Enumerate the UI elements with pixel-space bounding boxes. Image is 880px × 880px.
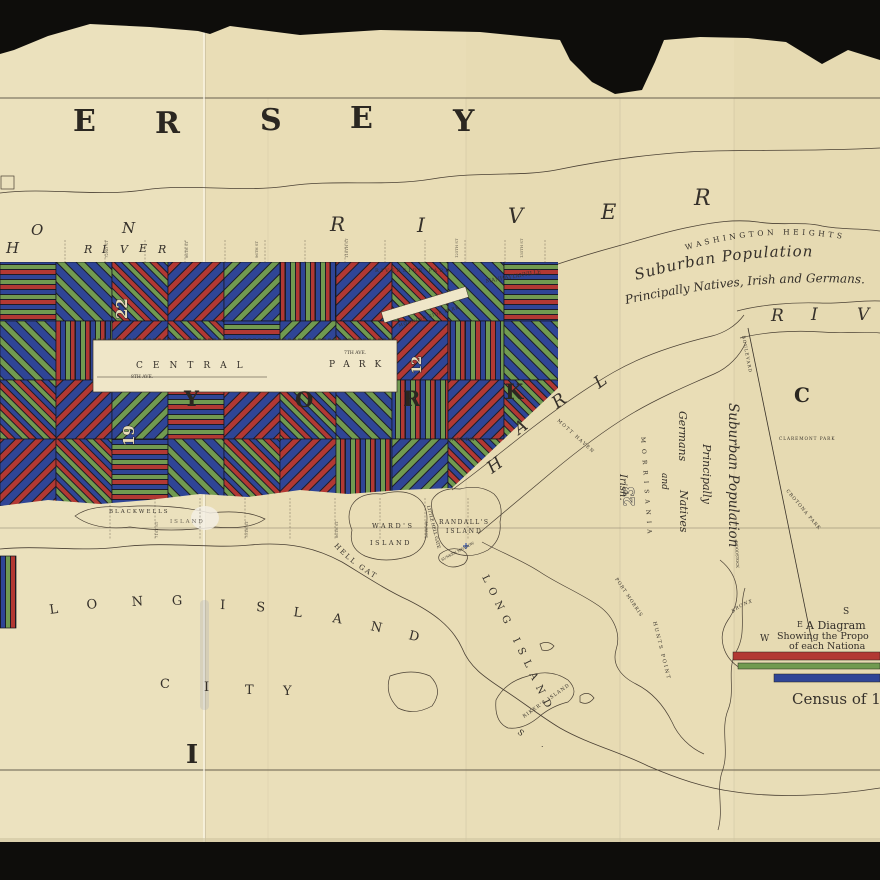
river-word-big-char: R: [693, 186, 711, 211]
street-tick-label: 135TH ST: [519, 238, 524, 258]
ward-block: [168, 262, 224, 321]
wes-letters-char: W: [760, 634, 770, 644]
street-tick-label: 86TH ST: [334, 521, 339, 538]
harlem-small-label: HARLEM: [447, 437, 476, 443]
irish-right-label: Irish.: [617, 473, 628, 501]
river-word-big-char: E: [600, 200, 616, 224]
hudson-letters-char: H: [5, 239, 20, 257]
park-label: PARK: [329, 360, 390, 370]
ward-block: [56, 262, 112, 321]
city-letters-char: C: [160, 677, 170, 692]
central-label: CENTRAL: [136, 361, 253, 371]
and-right-label: and: [659, 473, 669, 490]
river-word-big-char: R: [329, 212, 345, 236]
paper-smudge: [191, 506, 219, 530]
street-tick-label: 125TH ST: [454, 238, 459, 258]
york-letters-char: R: [403, 386, 421, 411]
ward-22-number: 22: [113, 298, 131, 319]
ward-block: [280, 262, 336, 321]
hudson-river-word-char: R: [157, 243, 166, 256]
ward-block: [448, 380, 504, 439]
street-tick-label: 86TH ST: [184, 241, 189, 258]
wes-letters-char: E: [797, 620, 803, 629]
long-island-letters-char: G: [172, 594, 183, 609]
street-tick-label: 96TH ST: [254, 241, 259, 258]
harlem-riv-letters-char: R: [770, 306, 784, 326]
randalls-label-1: RANDALL'S: [439, 519, 489, 526]
ward-block: [448, 321, 504, 380]
claremont-park-label: CLAREMONT PARK: [779, 436, 835, 441]
ward-block: [504, 321, 560, 380]
ward-block: [56, 439, 112, 506]
street-tick-label: 96TH ST: [424, 521, 429, 538]
natives-right-label: Natives: [677, 489, 690, 533]
wards-island-label-1: WARD'S: [372, 522, 414, 530]
harlem-riv-letters-char: I: [810, 305, 818, 325]
york-letters-char: K: [505, 379, 524, 404]
eighth-ave-label: 8TH AVE.: [131, 374, 154, 380]
york-letters-char: Y: [183, 386, 200, 411]
census-label: Census of 189: [792, 690, 880, 708]
street-tick-label: 110TH ST: [344, 238, 349, 258]
block-fragment-left-edge: [0, 556, 16, 628]
principally-right-label: Principally: [700, 443, 713, 505]
seventh-ave-label: 7TH AVE.: [344, 350, 367, 356]
paper-bottom-edge: [0, 838, 880, 842]
scanned-map-page: 72ND ST86TH ST96TH ST110TH ST125TH ST135…: [0, 0, 880, 880]
city-letters-char: Y: [282, 684, 292, 699]
nyc-nationality-census-map: 72ND ST86TH ST96TH ST110TH ST125TH ST135…: [0, 0, 880, 880]
river-word-big-char: V: [508, 204, 525, 228]
bottom-border: [0, 842, 880, 880]
ward-block: [0, 262, 56, 321]
city-letters-char: I: [204, 680, 209, 695]
hudson-letters-char: N: [121, 219, 136, 237]
blackwells-island-label: ISLAND: [170, 519, 205, 525]
paper-panel-tint: [0, 772, 880, 842]
city-letters-char: T: [245, 683, 254, 698]
wes-letters-char: S: [843, 607, 849, 617]
long-island-letters-char: N: [131, 594, 143, 610]
york-letters-char: O: [295, 387, 313, 412]
harlem-riv-letters-char: V: [857, 305, 871, 325]
street-tick-label: 71ST ST: [154, 521, 159, 538]
wards-island-label-2: ISLAND: [370, 539, 412, 547]
hudson-river-word-char: I: [101, 243, 107, 256]
long-island-letters-char: S: [256, 600, 266, 616]
germans-right-label: Germans: [676, 411, 689, 462]
ward-block: [0, 321, 56, 380]
jersey-letters-char: E: [73, 104, 96, 139]
legend-bar-red: [733, 652, 880, 660]
long-island-letters-char: I: [220, 598, 226, 613]
legend-bar-blue: [774, 674, 880, 682]
legend-title-line3: of each Nationa: [789, 641, 866, 652]
ward-19-number: 19: [120, 425, 138, 446]
suburban-right-label: Suburban Population: [725, 403, 741, 547]
ward-block: [0, 380, 56, 439]
jersey-letters-char: R: [155, 106, 181, 141]
long-island-letters-char: O: [86, 597, 98, 613]
jersey-letters-char: E: [350, 101, 373, 136]
riverside-park-label: RIVERSIDE PARK: [375, 268, 451, 274]
randalls-label-2: ISLAND: [446, 528, 483, 535]
ward-block: [224, 262, 280, 321]
hudson-river-word-char: V: [120, 243, 129, 256]
letter-c: C: [794, 383, 810, 407]
jersey-letters-char: S: [260, 103, 282, 138]
paper-panel-tint: [734, 0, 880, 842]
hudson-river-word-char: E: [138, 242, 147, 255]
legend-bar-green: [738, 663, 880, 669]
street-tick-label: 79TH ST: [244, 521, 249, 538]
jersey-letters-char: Y: [452, 104, 475, 139]
hudson-letters-char: O: [31, 221, 43, 239]
hudson-river-word-char: R: [83, 243, 92, 256]
ward-block: [0, 439, 56, 506]
ward-block: [112, 439, 168, 506]
letter-i: I: [186, 740, 198, 770]
ward-12-number: 12: [410, 356, 425, 374]
blackwells-label: BLACKWELLS: [109, 509, 170, 515]
river-word-big-char: I: [416, 213, 426, 237]
